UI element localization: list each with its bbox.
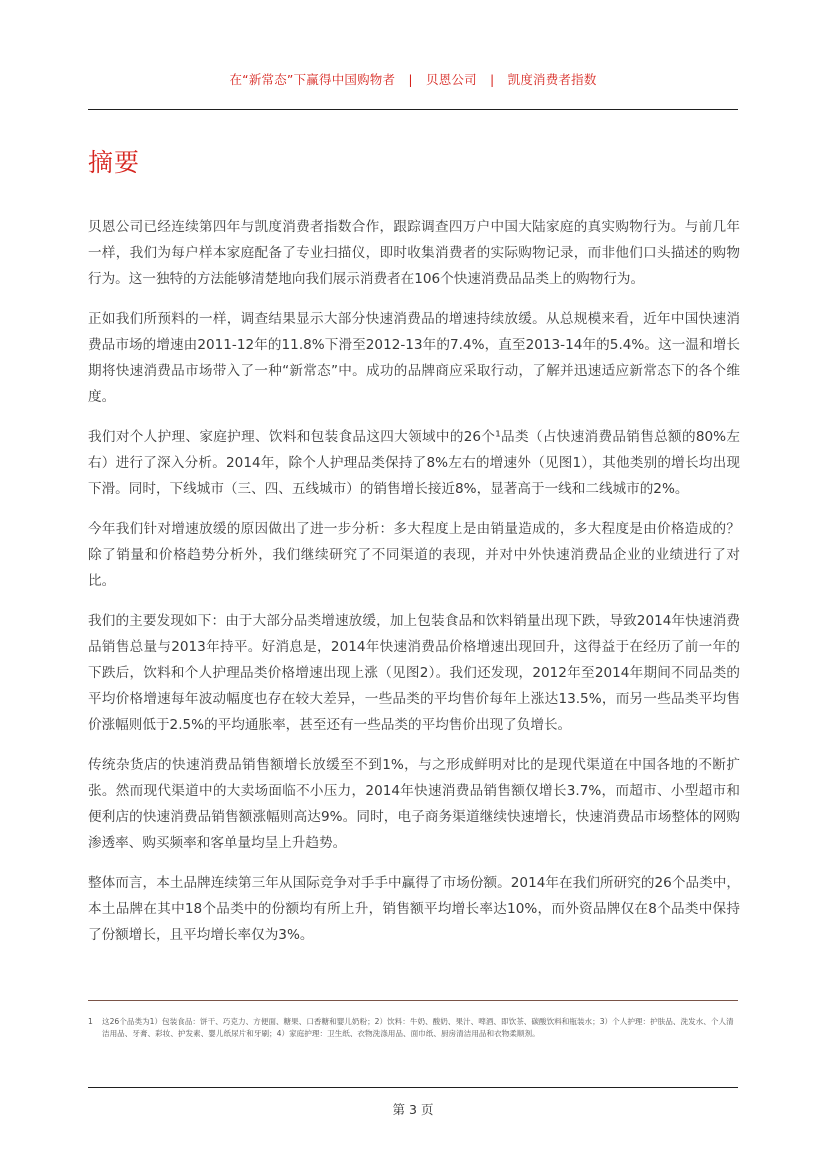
paragraph: 我们对个人护理、家庭护理、饮料和包装食品这四大领域中的26个¹品类（占快速消费品… (88, 424, 740, 502)
footnote-number: 1 (88, 1016, 102, 1040)
page-title: 摘要 (88, 143, 140, 179)
header-divider (88, 109, 738, 110)
paragraph: 今年我们针对增速放缓的原因做出了进一步分析：多大程度上是由销量造成的，多大程度是… (88, 516, 740, 594)
paragraph: 正如我们所预料的一样，调查结果显示大部分快速消费品的增速持续放缓。从总规模来看，… (88, 306, 740, 410)
footer-divider (88, 1087, 738, 1088)
header-company: 贝恩公司 (426, 72, 477, 87)
paragraph: 贝恩公司已经连续第四年与凯度消费者指数合作，跟踪调查四万户中国大陆家庭的真实购物… (88, 214, 740, 292)
footnote-divider (88, 1000, 738, 1001)
header-report-title: 在“新常态”下赢得中国购物者 (229, 72, 395, 87)
running-header: 在“新常态”下赢得中国购物者 | 贝恩公司 | 凯度消费者指数 (88, 70, 738, 88)
header-partner: 凯度消费者指数 (508, 72, 597, 87)
summary-body: 贝恩公司已经连续第四年与凯度消费者指数合作，跟踪调查四万户中国大陆家庭的真实购物… (88, 214, 740, 962)
page-number: 第 3 页 (88, 1100, 738, 1118)
paragraph: 传统杂货店的快速消费品销售额增长放缓至不到1%，与之形成鲜明对比的是现代渠道在中… (88, 752, 740, 856)
paragraph: 我们的主要发现如下：由于大部分品类增速放缓，加上包装食品和饮料销量出现下跌，导致… (88, 608, 740, 738)
paragraph: 整体而言，本土品牌连续第三年从国际竞争对手手中赢得了市场份额。2014年在我们所… (88, 870, 740, 948)
header-separator: | (490, 72, 494, 87)
footnote-text: 这26个品类为1）包装食品：饼干、巧克力、方便面、糖果、口香糖和婴儿奶粉；2）饮… (102, 1016, 738, 1040)
footnote: 1 这26个品类为1）包装食品：饼干、巧克力、方便面、糖果、口香糖和婴儿奶粉；2… (88, 1016, 738, 1040)
header-separator: | (408, 72, 412, 87)
